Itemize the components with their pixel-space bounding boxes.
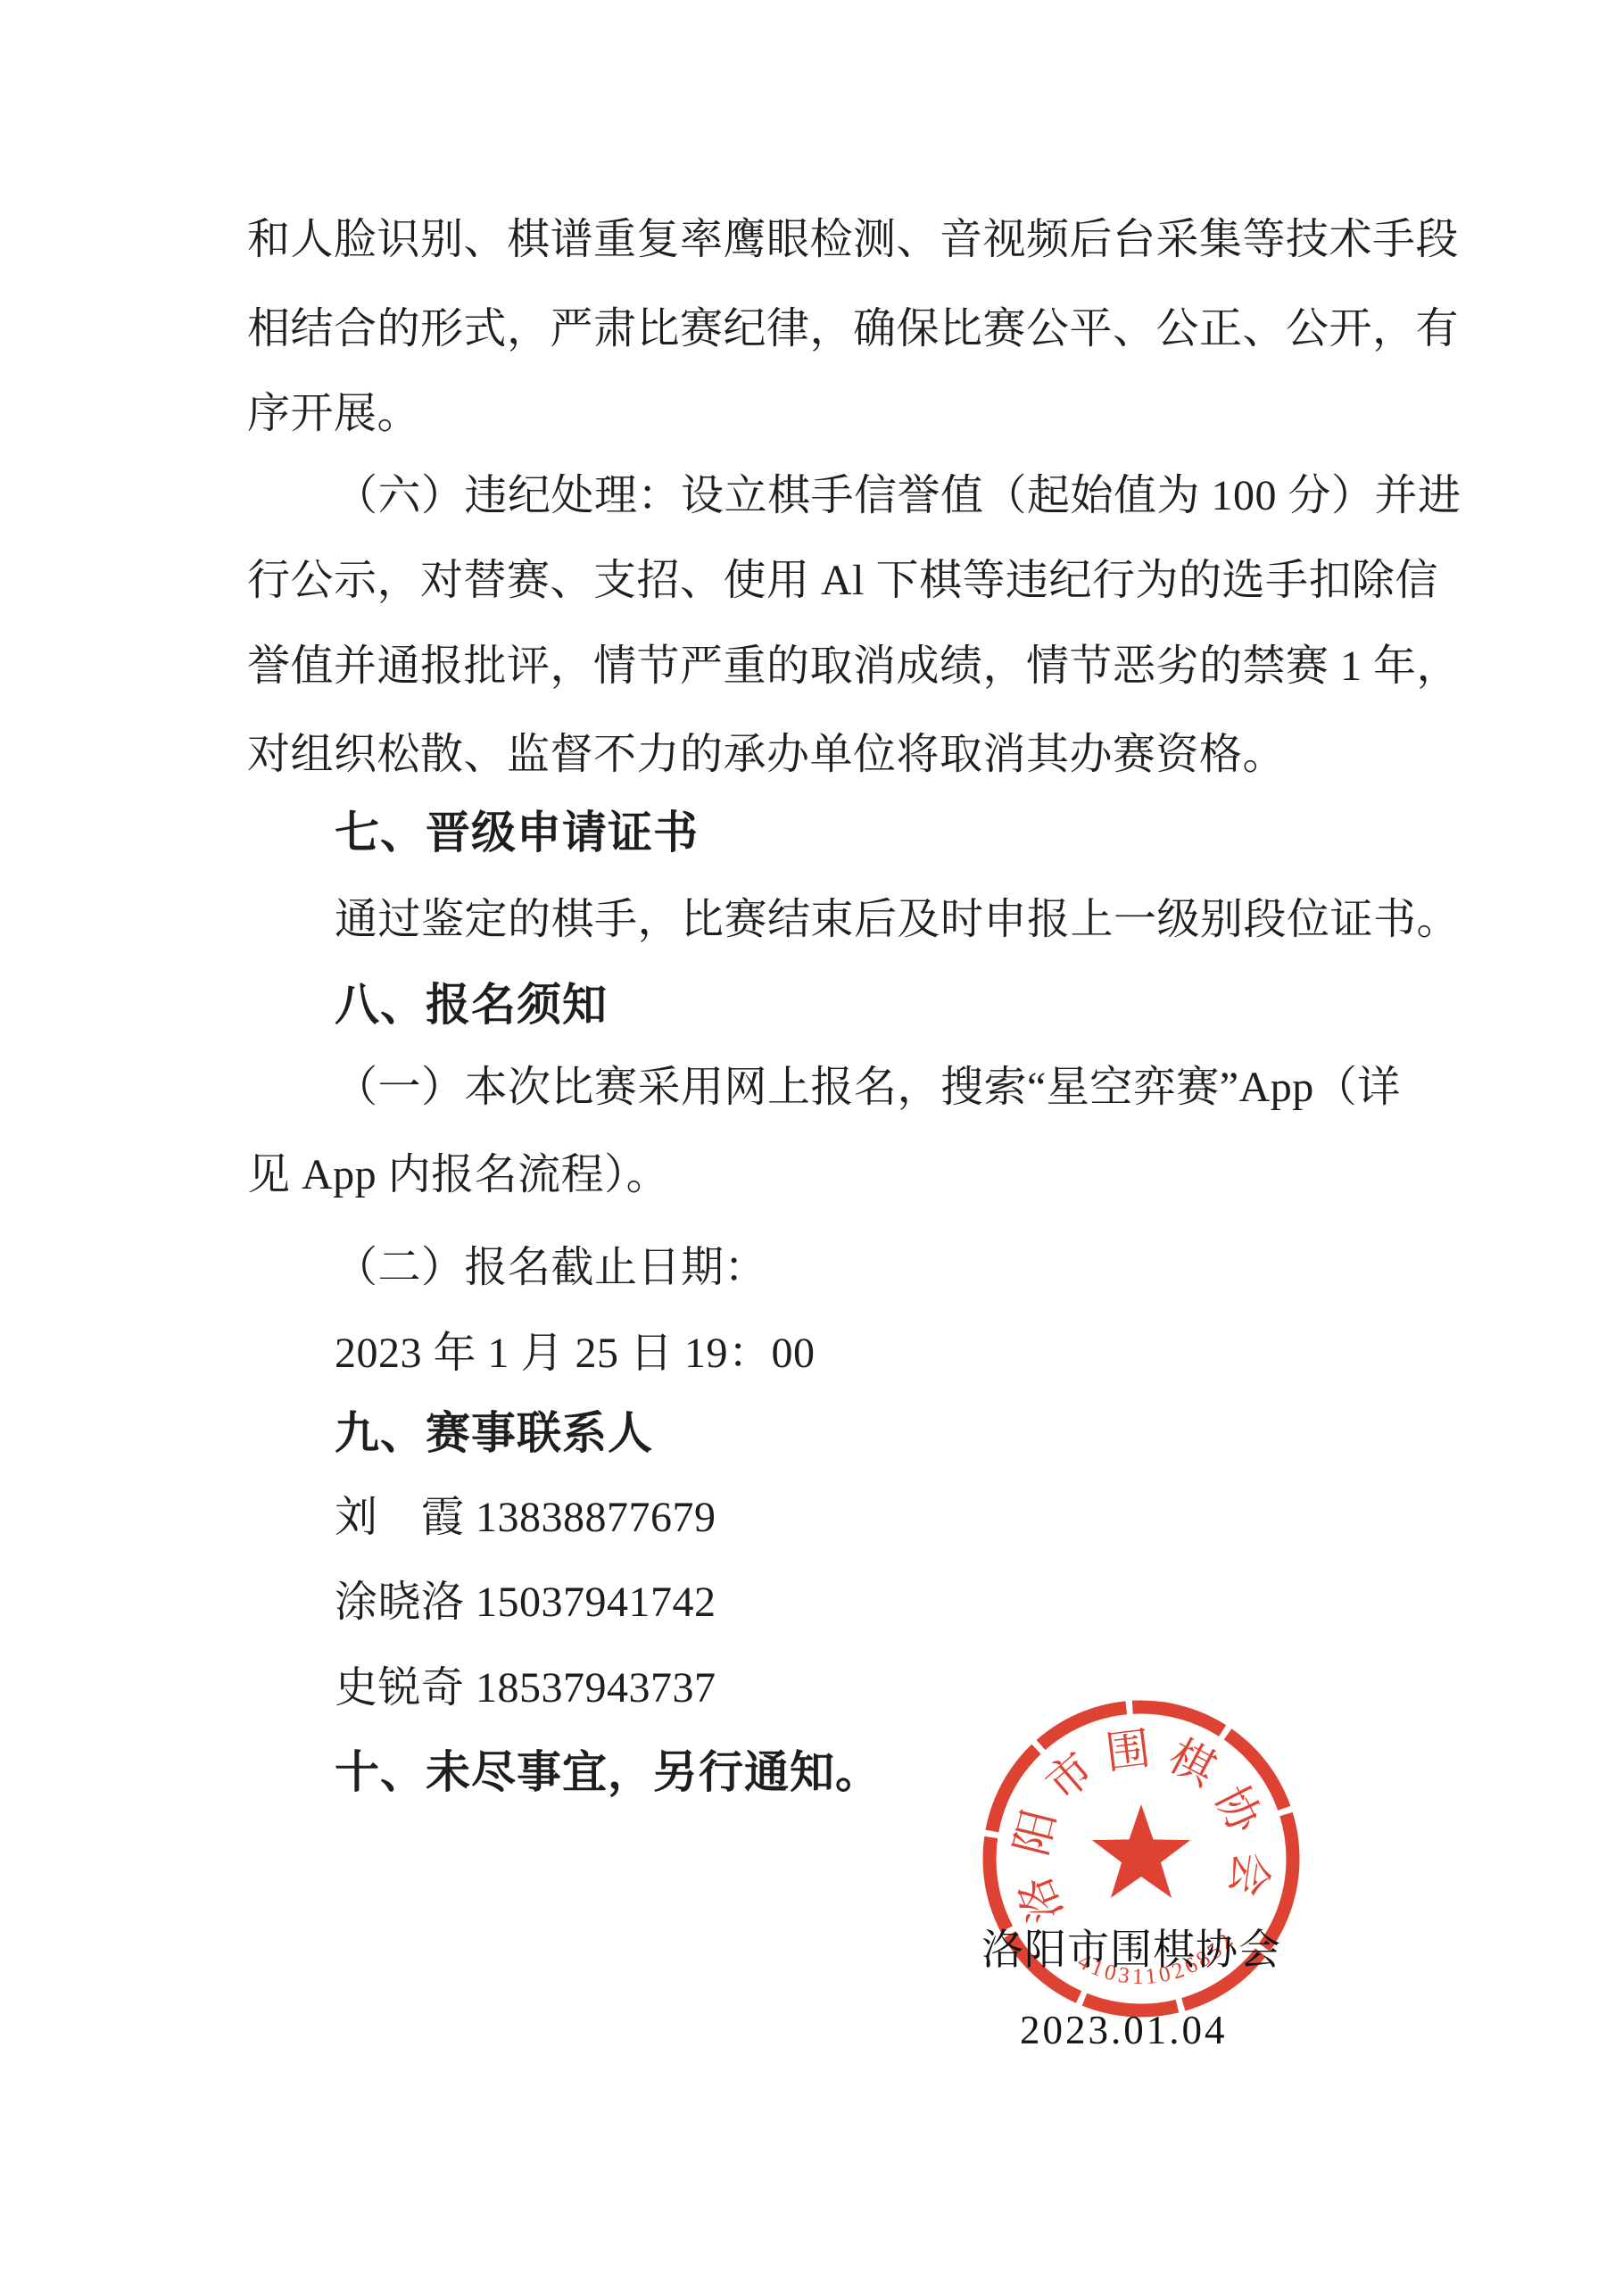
document-line: 序开展。 [247, 391, 420, 437]
signature-date: 2023.01.04 [1020, 2007, 1228, 2053]
document-line: （二）报名截止日期： [335, 1245, 767, 1291]
document-line: 誉值并通报批评，情节严重的取消成绩，情节恶劣的禁赛 1 年， [247, 643, 1460, 690]
seal-arc-char: 市 [1037, 1743, 1103, 1810]
seal-arc-char: 协 [1205, 1778, 1271, 1843]
document-line: 2023 年 1 月 25 日 19：00 [335, 1330, 816, 1377]
seal-arc-char: 会 [1221, 1848, 1277, 1899]
document-page: 和人脸识别、棋谱重复率鹰眼检测、音视频后台采集等技术手段 相结合的形式，严肃比赛… [0, 0, 1623, 2296]
document-line: （一）本次比赛采用网上报名，搜索“星空弈赛”App（详 [335, 1065, 1401, 1111]
section-heading: 十、未尽事宜，另行通知。 [335, 1748, 881, 1796]
document-line: 对组织松散、监督不力的承办单位将取消其办赛资格。 [247, 732, 1286, 778]
signature-org-name: 洛阳市围棋协会 [981, 1917, 1281, 1977]
document-line: 见 App 内报名流程）。 [247, 1152, 669, 1198]
contact-line: 涂晓洛 15037941742 [335, 1579, 716, 1626]
seal-arc-char: 阳 [1006, 1804, 1064, 1860]
contact-line: 刘 霞 13838877679 [335, 1495, 716, 1541]
seal-arc-char: 棋 [1161, 1730, 1224, 1795]
section-heading: 八、报名须知 [335, 981, 608, 1029]
document-line: 行公示，对替赛、支招、使用 Al 下棋等违纪行为的选手扣除信 [247, 558, 1438, 604]
section-heading: 九、赛事联系人 [335, 1409, 653, 1457]
document-line: 和人脸识别、棋谱重复率鹰眼检测、音视频后台采集等技术手段 [247, 217, 1459, 263]
document-line: （六）违纪处理：设立棋手信誉值（起始值为 100 分）并进 [335, 473, 1462, 519]
star-icon [1092, 1804, 1190, 1898]
section-heading: 七、晋级申请证书 [335, 808, 699, 857]
document-line: 相结合的形式，严肃比赛纪律，确保比赛公平、公正、公开，有 [247, 306, 1459, 352]
contact-line: 史锐奇 18537943737 [335, 1665, 716, 1712]
document-line: 通过鉴定的棋手，比赛结束后及时申报上一级别段位证书。 [335, 897, 1460, 943]
seal-arc-char: 围 [1103, 1723, 1153, 1778]
